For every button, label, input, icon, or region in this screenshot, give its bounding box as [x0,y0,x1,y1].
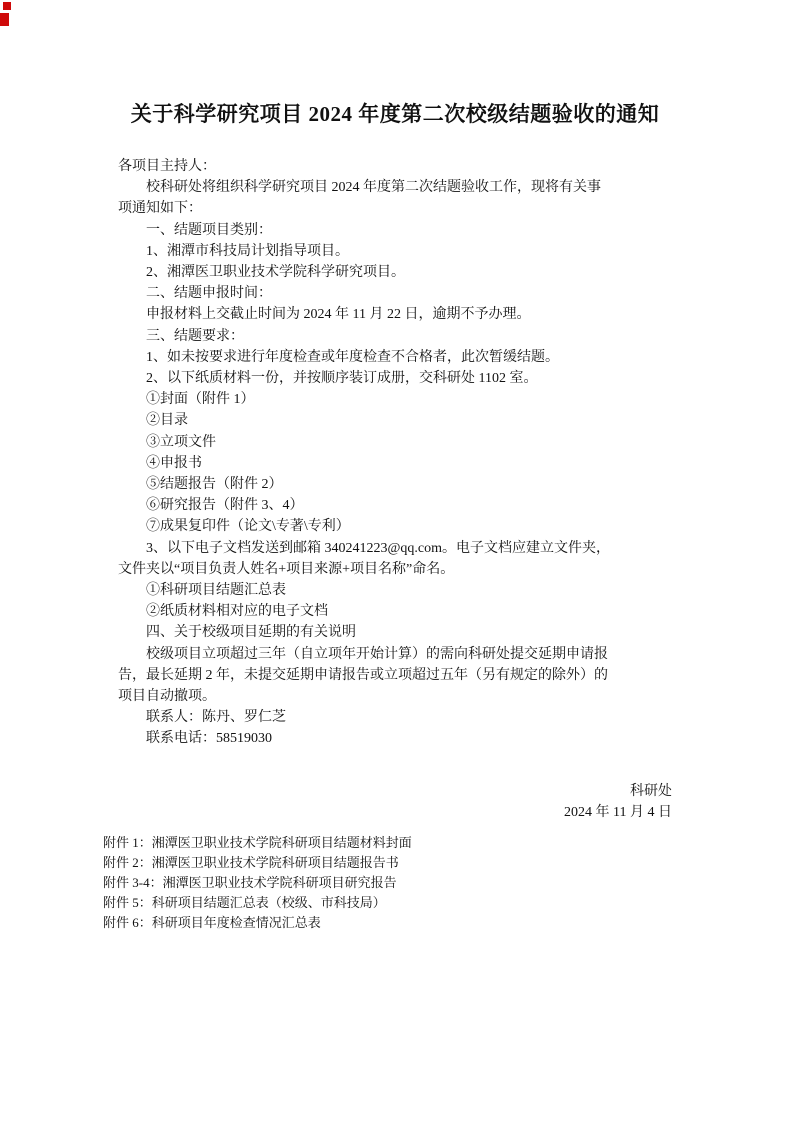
document-content: 关于科学研究项目 2024 年度第二次校级结题验收的通知 各项目主持人： 校科研… [118,100,672,933]
body-line: 1、湘潭市科技局计划指导项目。 [118,241,672,262]
body-line: ②纸质材料相对应的电子文档 [118,601,672,622]
attachment-list: 附件 1：湘潭医卫职业技术学院科研项目结题材料封面 附件 2：湘潭医卫职业技术学… [103,833,672,933]
signature-date: 2024 年 11 月 4 日 [118,802,672,823]
attachment-item: 附件 6：科研项目年度检查情况汇总表 [103,913,672,933]
body-line: 项通知如下： [118,198,672,219]
body-line: ①科研项目结题汇总表 [118,580,672,601]
body-line: ⑦成果复印件（论文\专著\专利） [118,516,672,537]
body-line-section-2: 二、结题申报时间： [118,283,672,304]
signature-org: 科研处 [118,781,672,802]
body-line: 2、以下纸质材料一份，并按顺序装订成册，交科研处 1102 室。 [118,368,672,389]
body-line-section-3: 三、结题要求： [118,326,672,347]
body-line: ⑤结题报告（附件 2） [118,474,672,495]
body-line: 2、湘潭医卫职业技术学院科学研究项目。 [118,262,672,283]
body-line: 文件夹以“项目负责人姓名+项目来源+项目名称”命名。 [118,559,672,580]
attachment-item: 附件 1：湘潭医卫职业技术学院科研项目结题材料封面 [103,833,672,853]
red-corner-mark [0,0,20,30]
body-line: ④申报书 [118,453,672,474]
body-line: 项目自动撤项。 [118,686,672,707]
document-body: 各项目主持人： 校科研处将组织科学研究项目 2024 年度第二次结题验收工作，现… [118,156,672,750]
attachment-item: 附件 2：湘潭医卫职业技术学院科研项目结题报告书 [103,853,672,873]
body-line: 申报材料上交截止时间为 2024 年 11 月 22 日，逾期不予办理。 [118,304,672,325]
body-line: ②目录 [118,410,672,431]
body-line: 校级项目立项超过三年（自立项年开始计算）的需向科研处提交延期申请报 [118,644,672,665]
body-line-contact: 联系人：陈丹、罗仁芝 [118,707,672,728]
body-line-section-1: 一、结题项目类别： [118,220,672,241]
red-square-large [0,13,9,26]
red-square-small [3,2,11,10]
body-line-salutation: 各项目主持人： [118,156,672,177]
body-line: 1、如未按要求进行年度检查或年度检查不合格者，此次暂缓结题。 [118,347,672,368]
body-line: ⑥研究报告（附件 3、4） [118,495,672,516]
body-line-phone: 联系电话：58519030 [118,728,672,749]
document-page: 关于科学研究项目 2024 年度第二次校级结题验收的通知 各项目主持人： 校科研… [0,0,793,1122]
body-line: ①封面（附件 1） [118,389,672,410]
body-line: 校科研处将组织科学研究项目 2024 年度第二次结题验收工作，现将有关事 [118,177,672,198]
attachment-item: 附件 3-4：湘潭医卫职业技术学院科研项目研究报告 [103,873,672,893]
signature-block: 科研处 2024 年 11 月 4 日 [118,781,672,823]
page-title: 关于科学研究项目 2024 年度第二次校级结题验收的通知 [118,100,672,129]
body-line: ③立项文件 [118,432,672,453]
body-line: 告，最长延期 2 年，未提交延期申请报告或立项超过五年（另有规定的除外）的 [118,665,672,686]
body-line-email: 3、以下电子文档发送到邮箱 340241223@qq.com。电子文档应建立文件… [118,538,672,559]
attachment-item: 附件 5：科研项目结题汇总表（校级、市科技局） [103,893,672,913]
body-line-section-4: 四、关于校级项目延期的有关说明 [118,622,672,643]
